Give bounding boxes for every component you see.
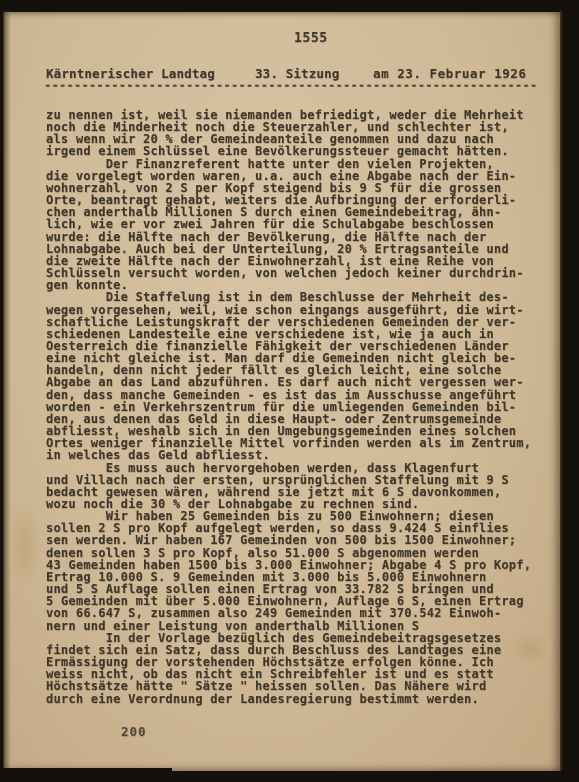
text-line: schaftliche Leistungskraft der verschied…: [46, 316, 546, 328]
text-line: wurde: die Hälfte nach der Bevölkerung, …: [46, 231, 546, 243]
text-line: wegen vorgesehen, weil, wie schon eingan…: [46, 304, 546, 316]
text-line: Der Finanzreferent hatte unter den viele…: [46, 158, 546, 170]
body-text: zu nennen ist, weil sie niemanden befrie…: [46, 109, 546, 705]
scanned-page: 1555 Kärntnerischer Landtag 33. Sitzung …: [0, 0, 579, 782]
scan-edge-left: [0, 0, 11, 782]
scan-edge-bottom-step: [0, 768, 172, 772]
text-line: von 66.647 S, zusammen also 249 Gemeinde…: [46, 607, 546, 619]
header-divider: ----------------------------------------…: [44, 78, 538, 92]
text-line: Es muss auch hervorgehoben werden, dass …: [46, 462, 546, 474]
text-line: Abgabe an das Land abzuführen. Es darf a…: [46, 376, 546, 388]
paper: 1555 Kärntnerischer Landtag 33. Sitzung …: [3, 12, 562, 771]
text-line: sen werden. Wir haben 167 Gemeinden von …: [46, 534, 546, 546]
scan-edge-bottom: [0, 771, 579, 782]
text-line: irgend einem Schlüssel eine Bevölkerungs…: [46, 145, 546, 157]
text-line: durch eine Verordnung der Landesregierun…: [46, 693, 546, 705]
paper-stain: [8, 501, 42, 591]
text-line: lich, wie er vor zwei Jahren für die Sch…: [46, 218, 546, 230]
bottom-page-number: 200: [121, 724, 147, 739]
text-line: in welches das Geld abfliesst.: [46, 449, 546, 461]
text-line: denen sollen 3 S pro Kopf, also 51.000 S…: [46, 547, 546, 559]
scan-edge-right: [560, 0, 579, 782]
scan-edge-top: [0, 0, 579, 12]
text-line: Höchstsätze hätte " Sätze " heissen soll…: [46, 680, 546, 692]
top-page-number: 1555: [294, 31, 328, 46]
text-line: nern und einer Leistung von anderthalb M…: [46, 620, 546, 632]
text-line: den, dass manche Gemeinden - es ist das …: [46, 389, 546, 401]
text-line: Die Staffelung ist in dem Beschlusse der…: [46, 291, 546, 303]
